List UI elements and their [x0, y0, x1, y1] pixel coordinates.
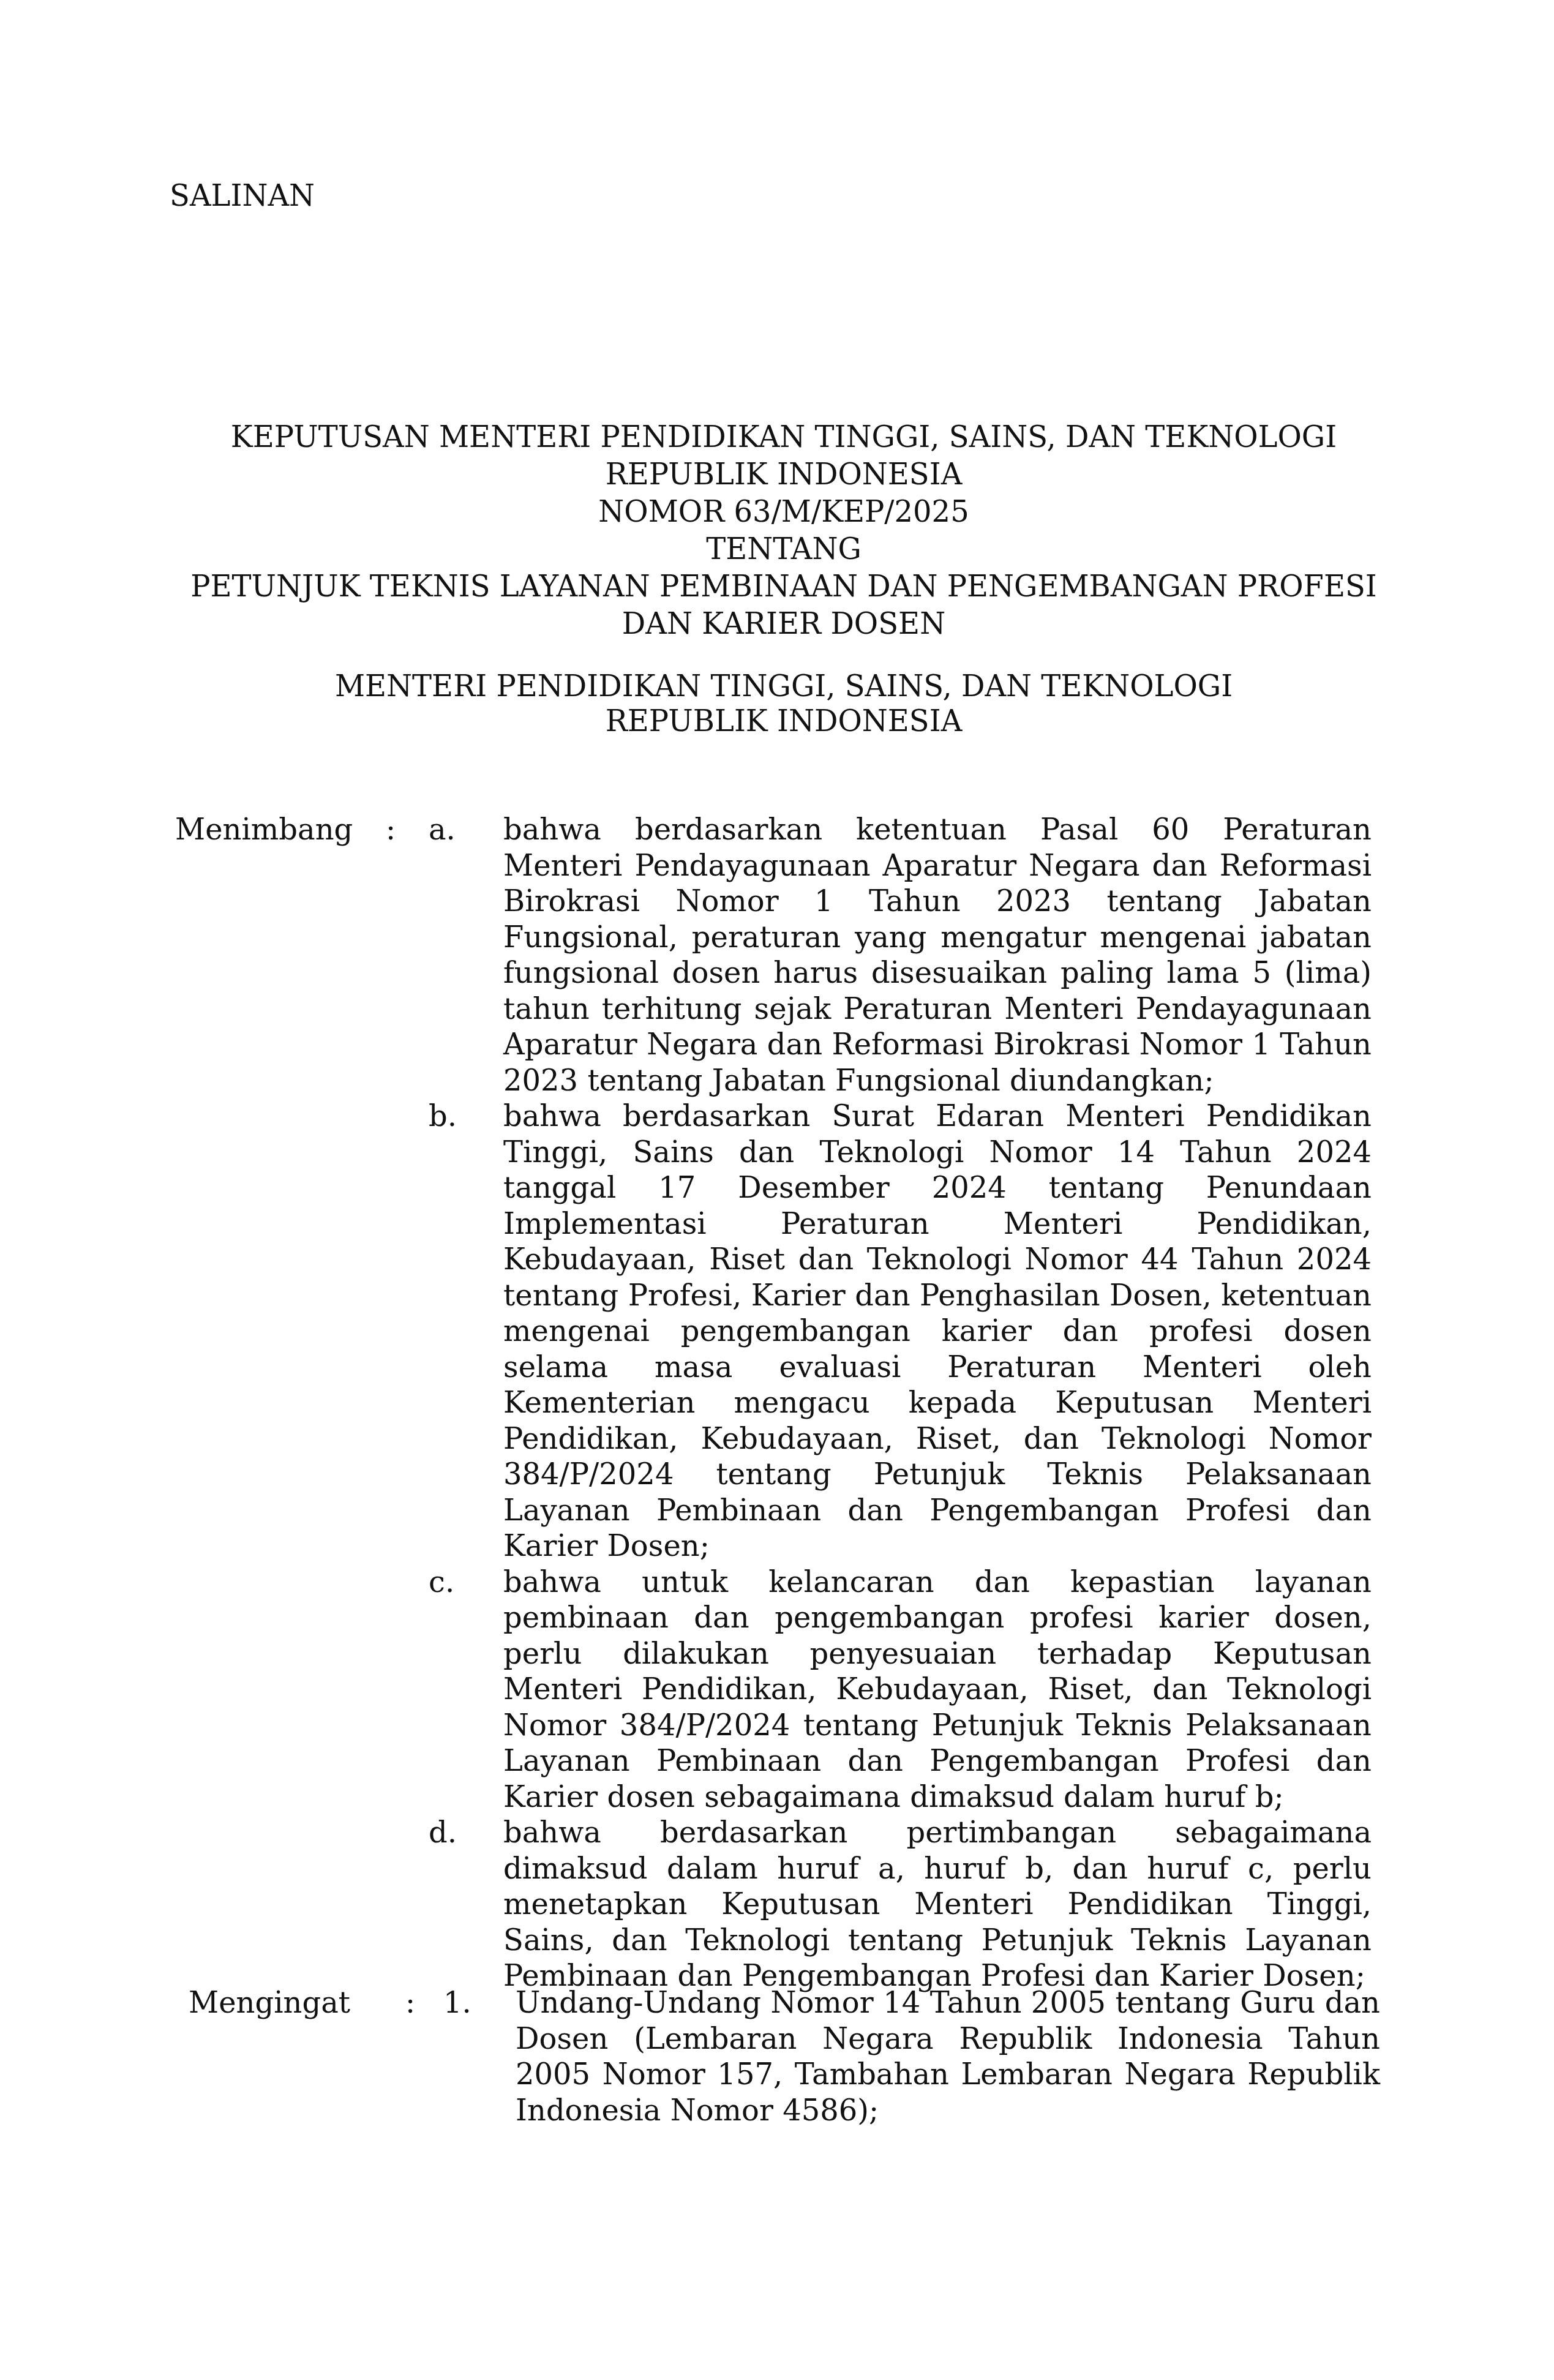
consideration-item: d. bahwa berdasarkan pertimbangan sebaga… [0, 1815, 1554, 1994]
considerations-list: a. bahwa berdasarkan ketentuan Pasal 60 … [0, 812, 1554, 1994]
document-page: SALINAN KEPUTUSAN MENTERI PENDIDIKAN TIN… [0, 0, 1554, 2380]
consideration-item: c. bahwa untuk kelancaran dan kepastian … [0, 1564, 1554, 1815]
item-marker: a. [429, 812, 456, 848]
item-marker: d. [429, 1815, 457, 1851]
decree-title-line: KEPUTUSAN MENTERI PENDIDIKAN TINGGI, SAI… [184, 419, 1384, 456]
item-marker: c. [429, 1564, 454, 1601]
decree-number: NOMOR 63/M/KEP/2025 [184, 494, 1384, 531]
item-text: bahwa berdasarkan pertimbangan sebagaima… [503, 1815, 1372, 1994]
decree-title-line: TENTANG [184, 531, 1384, 568]
decree-subject: DAN KARIER DOSEN [184, 606, 1384, 643]
legal-basis-list: 1. Undang-Undang Nomor 14 Tahun 2005 ten… [0, 1985, 1554, 2128]
decree-title-line: REPUBLIK INDONESIA [184, 456, 1384, 494]
item-marker: b. [429, 1098, 457, 1135]
legal-basis-item: 1. Undang-Undang Nomor 14 Tahun 2005 ten… [0, 1985, 1554, 2128]
copy-stamp: SALINAN [170, 178, 315, 214]
consideration-item: a. bahwa berdasarkan ketentuan Pasal 60 … [0, 812, 1554, 1098]
item-text: bahwa berdasarkan ketentuan Pasal 60 Per… [503, 812, 1372, 1098]
item-text: bahwa berdasarkan Surat Edaran Menteri P… [503, 1098, 1372, 1564]
consideration-item: b. bahwa berdasarkan Surat Edaran Menter… [0, 1098, 1554, 1564]
decree-subject: PETUNJUK TEKNIS LAYANAN PEMBINAAN DAN PE… [184, 568, 1384, 606]
issuer-line: REPUBLIK INDONESIA [184, 704, 1384, 739]
decree-title: KEPUTUSAN MENTERI PENDIDIKAN TINGGI, SAI… [184, 419, 1384, 643]
issuer-heading: MENTERI PENDIDIKAN TINGGI, SAINS, DAN TE… [184, 669, 1384, 739]
item-text: bahwa untuk kelancaran dan kepastian lay… [503, 1564, 1372, 1815]
item-marker: 1. [443, 1985, 471, 2021]
item-text: Undang-Undang Nomor 14 Tahun 2005 tentan… [516, 1985, 1380, 2128]
issuer-line: MENTERI PENDIDIKAN TINGGI, SAINS, DAN TE… [184, 669, 1384, 704]
